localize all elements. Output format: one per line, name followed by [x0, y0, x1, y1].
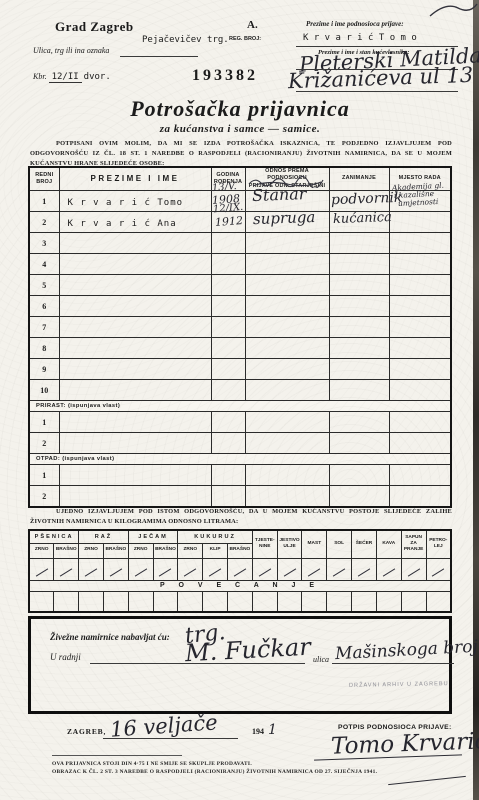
- stock-cell: [426, 558, 451, 580]
- serial-number: 193382: [192, 67, 258, 85]
- stock-cell: [79, 558, 104, 580]
- stock-cell: [178, 558, 203, 580]
- supplies-sub-header: ZRNO: [29, 543, 54, 558]
- date-handwritten: 16 veljače: [109, 710, 218, 741]
- header-line: PRANJE: [402, 547, 426, 553]
- table-row: 1: [29, 412, 451, 433]
- table-row: 8: [29, 338, 451, 359]
- date-line: [103, 738, 238, 739]
- header-line: REDNI: [30, 172, 59, 179]
- empty-cell: [211, 465, 245, 486]
- table-row: 2: [29, 433, 451, 454]
- table-row: 5: [29, 275, 451, 296]
- empty-cell: [329, 465, 389, 486]
- supplies-single-header: KAVA: [376, 530, 401, 558]
- row-number: 1: [29, 412, 59, 433]
- applicant-name-value: K r v a r i ć T o m o: [303, 33, 417, 43]
- workplace-row1-line3: umjetnosti: [398, 198, 439, 208]
- stock-cell: [401, 558, 426, 580]
- name-cell: [59, 233, 211, 254]
- kbr-row: Kbr. 12/II dvor.: [33, 72, 111, 82]
- kbr-label: Kbr.: [33, 72, 47, 81]
- empty-cell: [389, 412, 451, 433]
- empty-cell: [29, 591, 54, 612]
- stock-cell: [327, 558, 352, 580]
- empty-cell: [376, 591, 401, 612]
- empty-cell: [389, 380, 451, 401]
- supplies-stock-row: [29, 558, 451, 580]
- header-line: KAVA: [377, 541, 401, 547]
- header-line: ŠEĆER: [352, 541, 376, 547]
- empty-cell: [352, 591, 377, 612]
- name-cell: [59, 433, 211, 454]
- stock-cell: [128, 558, 153, 580]
- empty-cell: [389, 465, 451, 486]
- empty-cell: [329, 359, 389, 380]
- empty-cell: [329, 296, 389, 317]
- empty-cell: [128, 591, 153, 612]
- empty-cell: [329, 412, 389, 433]
- shop-label: U radnji: [50, 652, 81, 662]
- empty-cell: [211, 233, 245, 254]
- table-row: 7: [29, 317, 451, 338]
- stock-cell: [203, 558, 228, 580]
- regulation-note: OBRAZAC K ČL. 2 ST. 3 NAREDBE O RASPODJE…: [52, 769, 377, 775]
- povecanje-empty-row: [29, 591, 451, 612]
- stock-cell: [103, 558, 128, 580]
- supplies-sub-header: BRAŠNO: [228, 543, 253, 558]
- crossed-out-mark: [407, 568, 419, 576]
- table-row: 4: [29, 254, 451, 275]
- povecanje-label: P O V E Ć A N J E: [29, 580, 451, 591]
- empty-cell: [389, 296, 451, 317]
- empty-cell: [389, 275, 451, 296]
- table-row: 9: [29, 359, 451, 380]
- empty-cell: [329, 380, 389, 401]
- empty-cell: [211, 359, 245, 380]
- header-line: MAST: [302, 541, 326, 547]
- empty-cell: [426, 591, 451, 612]
- typed-name: K r v a r i ć Tomo: [68, 198, 184, 208]
- name-cell: [59, 254, 211, 275]
- purchase-declaration-box: [28, 616, 452, 714]
- supplies-single-header: JESTIVOULJE: [277, 530, 302, 558]
- year-printed: 194: [252, 727, 264, 736]
- empty-cell: [252, 591, 277, 612]
- empty-cell: [245, 233, 329, 254]
- header-line: SOL: [327, 541, 351, 547]
- city-title: Grad Zagreb: [55, 19, 134, 35]
- stock-cell: [228, 558, 253, 580]
- crossed-out-mark: [283, 568, 295, 576]
- row-number: 7: [29, 317, 59, 338]
- empty-cell: [245, 465, 329, 486]
- supplies-single-header: SOL: [327, 530, 352, 558]
- people-col-header: PREZIME I IME: [59, 167, 211, 191]
- empty-cell: [329, 433, 389, 454]
- kbr-value: 12/II: [49, 72, 82, 83]
- empty-cell: [211, 412, 245, 433]
- crossed-out-mark: [333, 568, 345, 576]
- kbr-suffix: dvor.: [84, 72, 111, 82]
- signature-flourish: [388, 776, 466, 785]
- row-number: 3: [29, 233, 59, 254]
- street-typed-value: Pejačevičev trg.: [142, 35, 229, 45]
- supplies-sub-header: ZRNO: [79, 543, 104, 558]
- prirast-label: PRIRAST: (ispunjava vlast): [29, 401, 451, 412]
- empty-cell: [389, 486, 451, 507]
- prirast-label-row: PRIRAST: (ispunjava vlast): [29, 401, 451, 412]
- purchase-street-label: ulica: [313, 655, 329, 664]
- address-line: [296, 91, 458, 92]
- relation-row2-handwritten: supruga: [253, 210, 316, 227]
- empty-cell: [103, 591, 128, 612]
- header-line: PREZIME I IME: [60, 174, 211, 185]
- people-col-header: REDNIBROJ: [29, 167, 59, 191]
- empty-cell: [245, 433, 329, 454]
- empty-cell: [245, 317, 329, 338]
- name-cell: K r v a r i ć Ana: [59, 212, 211, 233]
- row-number: 5: [29, 275, 59, 296]
- stock-cell: [54, 558, 79, 580]
- empty-cell: [389, 233, 451, 254]
- supplies-group-header: JEČAM: [128, 530, 178, 543]
- empty-cell: [389, 212, 451, 233]
- scan-edge-artifact: [473, 0, 479, 800]
- occupation-row1-handwritten: podvornik: [331, 191, 403, 207]
- empty-cell: [389, 317, 451, 338]
- header-line: GODINA: [212, 172, 245, 179]
- supplies-single-header: TJESTE-NINE: [252, 530, 277, 558]
- empty-cell: [389, 433, 451, 454]
- empty-cell: [54, 591, 79, 612]
- row-number: 2: [29, 433, 59, 454]
- empty-cell: [245, 254, 329, 275]
- crossed-out-mark: [184, 568, 196, 576]
- section-letter: A.: [247, 19, 258, 31]
- empty-cell: [245, 338, 329, 359]
- header-line: LEJ: [427, 544, 451, 550]
- landlord-address-handwritten: Križanićeva ul 13: [288, 63, 474, 93]
- crossed-out-mark: [358, 568, 370, 576]
- applicant-name-label: Prezime i ime podnosioca prijave:: [306, 20, 404, 28]
- supplies-sub-header: ZRNO: [128, 543, 153, 558]
- name-cell: [59, 486, 211, 507]
- note-rule: [52, 755, 182, 756]
- row-number: 6: [29, 296, 59, 317]
- supplies-single-header: SAPUNZAPRANJE: [401, 530, 426, 558]
- empty-cell: [329, 486, 389, 507]
- pen-stroke-top-right: [428, 0, 479, 22]
- stock-cell: [29, 558, 54, 580]
- stock-cell: [153, 558, 178, 580]
- row-number: 1: [29, 191, 59, 212]
- reg-broj-label: REG. BROJ:: [229, 36, 261, 42]
- row-number: 8: [29, 338, 59, 359]
- empty-cell: [329, 233, 389, 254]
- empty-cell: [211, 380, 245, 401]
- row-number: 1: [29, 465, 59, 486]
- crossed-out-mark: [60, 568, 72, 576]
- form-subtitle: za kućanstva i samce — samice.: [28, 123, 452, 135]
- supplies-group-header: KUKURUZ: [178, 530, 252, 543]
- empty-cell: [211, 317, 245, 338]
- supplies-sub-header: ZRNO: [178, 543, 203, 558]
- supplies-group-row: PŠENICARAŽJEČAMKUKURUZTJESTE-NINEJESTIVO…: [29, 530, 451, 543]
- occupation-row2-handwritten: kućanica: [333, 211, 392, 226]
- birth-row2-line2: 1912: [215, 215, 244, 228]
- scanned-form-page: Grad Zagreb A. Prezime i ime podnosioca …: [0, 0, 479, 800]
- empty-cell: [245, 486, 329, 507]
- empty-cell: [228, 591, 253, 612]
- empty-cell: [401, 591, 426, 612]
- crossed-out-mark: [134, 568, 146, 576]
- crossed-out-mark: [159, 568, 171, 576]
- otpad-label: OTPAD: (ispunjava vlast): [29, 454, 451, 465]
- empty-cell: [245, 359, 329, 380]
- supplies-sub-header: BRAŠNO: [153, 543, 178, 558]
- supplies-single-header: MAST: [302, 530, 327, 558]
- empty-cell: [211, 296, 245, 317]
- otpad-label-row: OTPAD: (ispunjava vlast): [29, 454, 451, 465]
- empty-cell: [329, 317, 389, 338]
- name-cell: [59, 275, 211, 296]
- empty-cell: [329, 275, 389, 296]
- empty-cell: [211, 254, 245, 275]
- stock-cell: [352, 558, 377, 580]
- stock-cell: [277, 558, 302, 580]
- crossed-out-mark: [308, 568, 320, 576]
- empty-cell: [302, 591, 327, 612]
- stock-cell: [302, 558, 327, 580]
- supplies-single-header: PETRO-LEJ: [426, 530, 451, 558]
- name-cell: [59, 380, 211, 401]
- form-title: Potrošačka prijavnica: [28, 96, 452, 122]
- relation-row1-handwritten: Stanar: [252, 186, 307, 204]
- name-cell: K r v a r i ć Tomo: [59, 191, 211, 212]
- table-row: 10: [29, 380, 451, 401]
- empty-cell: [327, 591, 352, 612]
- row-number: 9: [29, 359, 59, 380]
- price-note: OVA PRIJAVNICA STOJI DIN 4·75 I NE SMIJE…: [52, 761, 252, 767]
- empty-cell: [329, 338, 389, 359]
- supplies-declaration: UJEDNO IZJAVLJUJEM POD ISTOM ODGOVORNOŠĆ…: [30, 507, 452, 526]
- header-line: ULJE: [278, 544, 302, 550]
- empty-cell: [211, 433, 245, 454]
- empty-cell: [277, 591, 302, 612]
- row-number: 4: [29, 254, 59, 275]
- typed-name: K r v a r i ć Ana: [68, 219, 177, 229]
- crossed-out-mark: [432, 568, 444, 576]
- food-supplies-table: PŠENICARAŽJEČAMKUKURUZTJESTE-NINEJESTIVO…: [28, 529, 452, 613]
- supplies-single-header: ŠEĆER: [352, 530, 377, 558]
- crossed-out-mark: [209, 568, 221, 576]
- table-row: 6: [29, 296, 451, 317]
- crossed-out-mark: [259, 568, 271, 576]
- stock-cell: [376, 558, 401, 580]
- name-cell: [59, 338, 211, 359]
- povecanje-row: P O V E Ć A N J E: [29, 580, 451, 591]
- row-number: 2: [29, 212, 59, 233]
- empty-cell: [211, 275, 245, 296]
- name-cell: [59, 296, 211, 317]
- row-number: 10: [29, 380, 59, 401]
- empty-cell: [245, 296, 329, 317]
- header-line: NINE: [253, 544, 277, 550]
- place-label: ZAGREB,: [67, 727, 106, 736]
- people-col-header: ZANIMANJE: [329, 167, 389, 191]
- crossed-out-mark: [383, 568, 395, 576]
- table-row: 1: [29, 465, 451, 486]
- people-header-row: REDNIBROJPREZIME I IMEGODINAROĐENJAODNOS…: [29, 167, 451, 191]
- header-line: BROJ: [30, 179, 59, 186]
- supplies-sub-header: BRAŠNO: [103, 543, 128, 558]
- table-row: 3: [29, 233, 451, 254]
- declaration-paragraph: POTPISANI OVIM MOLIM, DA MI SE IZDA POTR…: [30, 139, 452, 169]
- name-cell: [59, 359, 211, 380]
- crossed-out-mark: [85, 568, 97, 576]
- header-line: ZANIMANJE: [330, 175, 389, 182]
- name-cell: [59, 412, 211, 433]
- year-handwritten: 1: [268, 722, 277, 738]
- empty-cell: [178, 591, 203, 612]
- empty-cell: [245, 412, 329, 433]
- empty-cell: [389, 359, 451, 380]
- row-number: 2: [29, 486, 59, 507]
- empty-cell: [389, 254, 451, 275]
- name-cell: [59, 317, 211, 338]
- supplies-group-header: PŠENICA: [29, 530, 79, 543]
- empty-cell: [329, 254, 389, 275]
- empty-cell: [211, 338, 245, 359]
- empty-cell: [389, 338, 451, 359]
- table-row: 2: [29, 486, 451, 507]
- street-line: [120, 56, 198, 57]
- empty-cell: [245, 380, 329, 401]
- crossed-out-mark: [35, 568, 47, 576]
- supplies-group-header: RAŽ: [79, 530, 129, 543]
- empty-cell: [203, 591, 228, 612]
- street-label: Ulica, trg ili ina oznaka: [33, 46, 109, 55]
- stock-cell: [252, 558, 277, 580]
- name-cell: [59, 465, 211, 486]
- purchase-intro-label: Živežne namirnice nabavljat ću:: [50, 632, 170, 642]
- empty-cell: [153, 591, 178, 612]
- empty-cell: [79, 591, 104, 612]
- empty-cell: [245, 275, 329, 296]
- supplies-sub-header: KLIP: [203, 543, 228, 558]
- crossed-out-mark: [110, 568, 122, 576]
- supplies-sub-header: BRAŠNO: [54, 543, 79, 558]
- crossed-out-mark: [234, 568, 246, 576]
- empty-cell: [211, 486, 245, 507]
